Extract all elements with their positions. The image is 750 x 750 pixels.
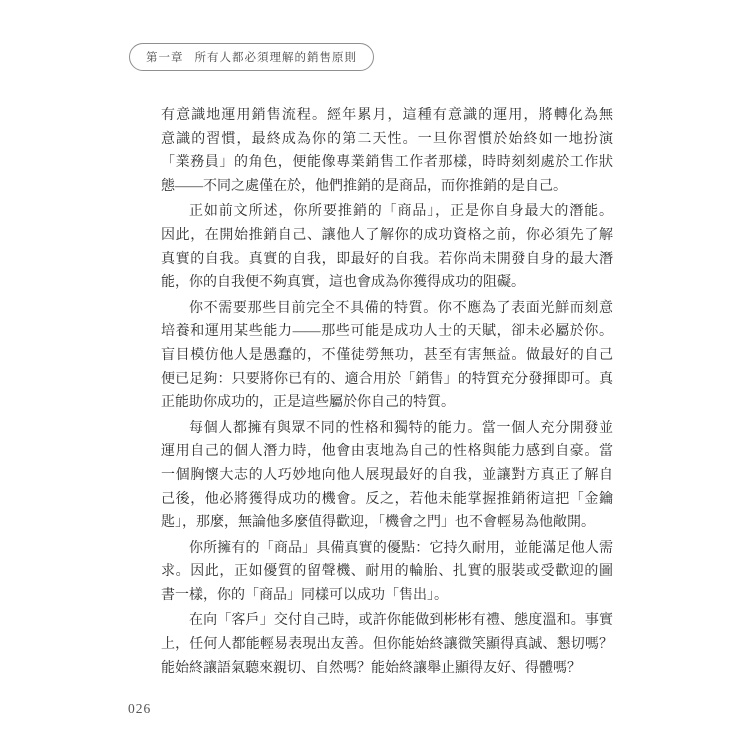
text-line: 運用自己的個人潛力時，他會由衷地為自己的性格與能力感到自豪。當	[161, 440, 613, 464]
text-line: 因此，在開始推銷自己、讓他人了解你的成功資格之前，你必須先了解	[161, 224, 613, 248]
chapter-number-label: 第一章	[146, 49, 184, 65]
text-line: 態——不同之處僅在於，他們推銷的是商品，而你推銷的是自己。	[161, 175, 613, 199]
body-text: 有意識地運用銷售流程。經年累月，這種有意識的運用，將轉化為無意識的習慣，最終成為…	[161, 104, 613, 682]
text-line: 上，任何人都能輕易表現出友善。但你能始終讓微笑顯得真誠、懇切嗎？	[161, 633, 613, 657]
chapter-title-label: 所有人都必須理解的銷售原則	[195, 49, 358, 65]
chapter-header: 第一章 所有人都必須理解的銷售原則	[129, 43, 374, 71]
text-line: 你不需要那些目前完全不具備的特質。你不應為了表面光鮮而刻意	[161, 297, 613, 321]
paragraph: 你所擁有的「商品」具備真實的優點：它持久耐用，並能滿足他人需求。因此，正如優質的…	[161, 537, 613, 608]
paragraph: 正如前文所述，你所要推銷的「商品」，正是你自身最大的潛能。因此，在開始推銷自己、…	[161, 200, 613, 294]
text-line: 書一樣，你的「商品」同樣可以成功「售出」。	[161, 584, 613, 608]
paragraph: 每個人都擁有與眾不同的性格和獨特的能力。當一個人充分開發並運用自己的個人潛力時，…	[161, 417, 613, 535]
text-line: 一個胸懷大志的人巧妙地向他人展現最好的自我，並讓對方真正了解自	[161, 464, 613, 488]
text-line: 匙」，那麼，無論他多麼值得歡迎，「機會之門」也不會輕易為他敞開。	[161, 511, 613, 535]
text-line: 「業務員」的角色，便能像專業銷售工作者那樣，時時刻刻處於工作狀	[161, 151, 613, 175]
text-line: 每個人都擁有與眾不同的性格和獨特的能力。當一個人充分開發並	[161, 417, 613, 441]
text-line: 求。因此，正如優質的留聲機、耐用的輪胎、扎實的服裝或受歡迎的圖	[161, 560, 613, 584]
text-line: 意識的習慣，最終成為你的第二天性。一旦你習慣於始終如一地扮演	[161, 128, 613, 152]
text-line: 有意識地運用銷售流程。經年累月，這種有意識的運用，將轉化為無	[161, 104, 613, 128]
text-line: 真實的自我。真實的自我，即最好的自我。若你尚未開發自身的最大潛	[161, 248, 613, 272]
text-line: 己後，他必將獲得成功的機會。反之，若他未能掌握推銷術這把「金鑰	[161, 488, 613, 512]
text-line: 能始終讓語氣聽來親切、自然嗎？能始終讓舉止顯得友好、得體嗎？	[161, 657, 613, 681]
text-line: 正如前文所述，你所要推銷的「商品」，正是你自身最大的潛能。	[161, 200, 613, 224]
text-line: 正能助你成功的，正是這些屬於你自己的特質。	[161, 391, 613, 415]
paragraph: 在向「客戶」交付自己時，或許你能做到彬彬有禮、態度溫和。事實上，任何人都能輕易表…	[161, 609, 613, 680]
text-line: 培養和運用某些能力——那些可能是成功人士的天賦，卻未必屬於你。	[161, 320, 613, 344]
book-page: 第一章 所有人都必須理解的銷售原則 有意識地運用銷售流程。經年累月，這種有意識的…	[0, 0, 750, 750]
paragraph: 你不需要那些目前完全不具備的特質。你不應為了表面光鮮而刻意培養和運用某些能力——…	[161, 297, 613, 415]
text-line: 便已足夠：只要將你已有的、適合用於「銷售」的特質充分發揮即可。真	[161, 368, 613, 392]
text-line: 在向「客戶」交付自己時，或許你能做到彬彬有禮、態度溫和。事實	[161, 609, 613, 633]
page-number: 026	[128, 701, 151, 717]
text-line: 盲目模仿他人是愚蠢的，不僅徒勞無功，甚至有害無益。做最好的自己	[161, 344, 613, 368]
paragraph: 有意識地運用銷售流程。經年累月，這種有意識的運用，將轉化為無意識的習慣，最終成為…	[161, 104, 613, 198]
text-line: 能，你的自我便不夠真實，這也會成為你獲得成功的阻礙。	[161, 271, 613, 295]
text-line: 你所擁有的「商品」具備真實的優點：它持久耐用，並能滿足他人需	[161, 537, 613, 561]
